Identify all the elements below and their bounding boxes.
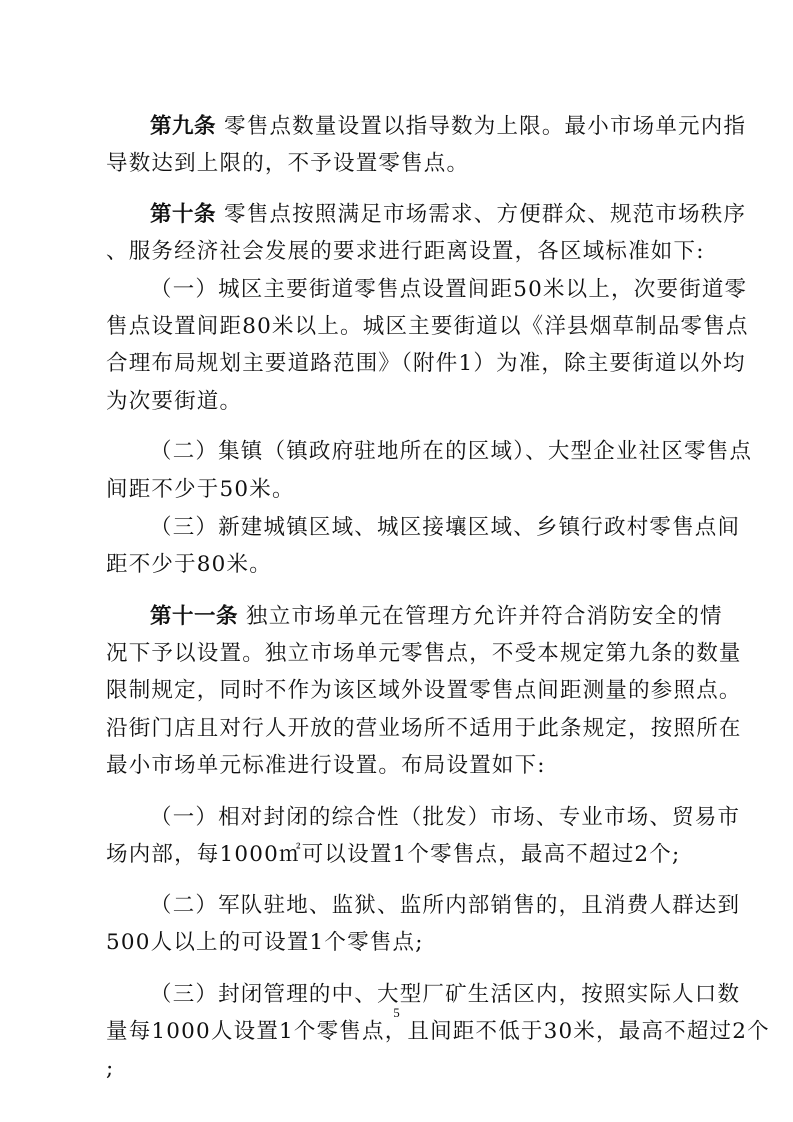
text-line: 第十一条 独立市场单元在管理方允许并符合消防安全的情 xyxy=(150,603,706,631)
line-text: 零售点数量设置以指导数为上限。最小市场单元内指 xyxy=(216,114,746,139)
line-text: 间距不少于50米。 xyxy=(106,477,295,502)
line-text: 最小市场单元标准进行设置。布局设置如下: xyxy=(106,753,546,778)
line-text: （三）新建城镇区域、城区接壤区域、乡镇行政村零售点间 xyxy=(150,515,740,540)
line-text: （三）封闭管理的中、大型厂矿生活区内，按照实际人口数 xyxy=(150,982,740,1007)
line-text: （二）集镇（镇政府驻地所在的区域）、大型企业社区零售点 xyxy=(150,439,752,464)
text-line: ; xyxy=(106,1055,706,1083)
text-line: 最小市场单元标准进行设置。布局设置如下: xyxy=(106,752,706,780)
text-line: 限制规定，同时不作为该区域外设置零售点间距测量的参照点。 xyxy=(106,677,706,705)
line-text: 售点设置间距80米以上。城区主要街道以《洋县烟草制品零售点 xyxy=(106,314,749,339)
line-text: 沿街门店且对行人开放的营业场所不适用于此条规定，按照所在 xyxy=(106,716,742,741)
text-line: 量每1000人设置1个零售点，且间距不低于30米，最高不超过2个 xyxy=(106,1018,706,1046)
text-line: （一）城区主要街道零售点设置间距50米以上，次要街道零 xyxy=(150,276,706,304)
line-text: （二）军队驻地、监狱、监所内部销售的，且消费人群达到 xyxy=(150,893,740,918)
line-text: 场内部，每1000㎡可以设置1个零售点，最高不超过2个; xyxy=(106,842,680,867)
line-text: 为次要街道。 xyxy=(106,389,242,414)
line-text: ; xyxy=(106,1056,114,1081)
text-line: （一）相对封闭的综合性（批发）市场、专业市场、贸易市 xyxy=(150,804,706,832)
text-line: 为次要街道。 xyxy=(106,388,706,416)
text-line: （二）集镇（镇政府驻地所在的区域）、大型企业社区零售点 xyxy=(150,438,706,466)
text-line: 售点设置间距80米以上。城区主要街道以《洋县烟草制品零售点 xyxy=(106,313,706,341)
line-text: 导数达到上限的，不予设置零售点。 xyxy=(106,151,469,176)
article-heading: 第十一条 xyxy=(150,604,238,629)
line-text: 零售点按照满足市场需求、方便群众、规范市场秩序 xyxy=(216,202,746,227)
text-line: 距不少于80米。 xyxy=(106,551,706,579)
line-text: 限制规定，同时不作为该区域外设置零售点间距测量的参照点。 xyxy=(106,678,742,703)
text-line: （二）军队驻地、监狱、监所内部销售的，且消费人群达到 xyxy=(150,892,706,920)
line-text: 量每1000人设置1个零售点，且间距不低于30米，最高不超过2个 xyxy=(106,1019,770,1044)
line-text: 、服务经济社会发展的要求进行距离设置，各区域标准如下: xyxy=(106,239,705,264)
line-text: 独立市场单元在管理方允许并符合消防安全的情 xyxy=(238,604,723,629)
text-line: 场内部，每1000㎡可以设置1个零售点，最高不超过2个; xyxy=(106,841,706,869)
line-text: （一）城区主要街道零售点设置间距50米以上，次要街道零 xyxy=(150,277,747,302)
text-line: 500人以上的可设置1个零售点; xyxy=(106,929,706,957)
line-text: （一）相对封闭的综合性（批发）市场、专业市场、贸易市 xyxy=(150,805,740,830)
text-line: 、服务经济社会发展的要求进行距离设置，各区域标准如下: xyxy=(106,238,706,266)
document-page: 5 第九条 零售点数量设置以指导数为上限。最小市场单元内指导数达到上限的，不予设… xyxy=(0,0,793,1122)
text-line: 沿街门店且对行人开放的营业场所不适用于此条规定，按照所在 xyxy=(106,715,706,743)
text-line: 况下予以设置。独立市场单元零售点，不受本规定第九条的数量 xyxy=(106,640,706,668)
line-text: 况下予以设置。独立市场单元零售点，不受本规定第九条的数量 xyxy=(106,641,742,666)
text-line: （三）封闭管理的中、大型厂矿生活区内，按照实际人口数 xyxy=(150,981,706,1009)
line-text: 距不少于80米。 xyxy=(106,552,272,577)
text-line: 导数达到上限的，不予设置零售点。 xyxy=(106,150,706,178)
article-heading: 第十条 xyxy=(150,202,216,227)
text-line: 合理布局规划主要道路范围》（附件1）为准，除主要街道以外均 xyxy=(106,350,706,378)
text-line: 第九条 零售点数量设置以指导数为上限。最小市场单元内指 xyxy=(150,113,706,141)
text-line: （三）新建城镇区域、城区接壤区域、乡镇行政村零售点间 xyxy=(150,514,706,542)
line-text: 合理布局规划主要道路范围》（附件1）为准，除主要街道以外均 xyxy=(106,351,746,376)
text-line: 间距不少于50米。 xyxy=(106,476,706,504)
article-heading: 第九条 xyxy=(150,114,216,139)
line-text: 500人以上的可设置1个零售点; xyxy=(106,930,424,955)
text-line: 第十条 零售点按照满足市场需求、方便群众、规范市场秩序 xyxy=(150,201,706,229)
